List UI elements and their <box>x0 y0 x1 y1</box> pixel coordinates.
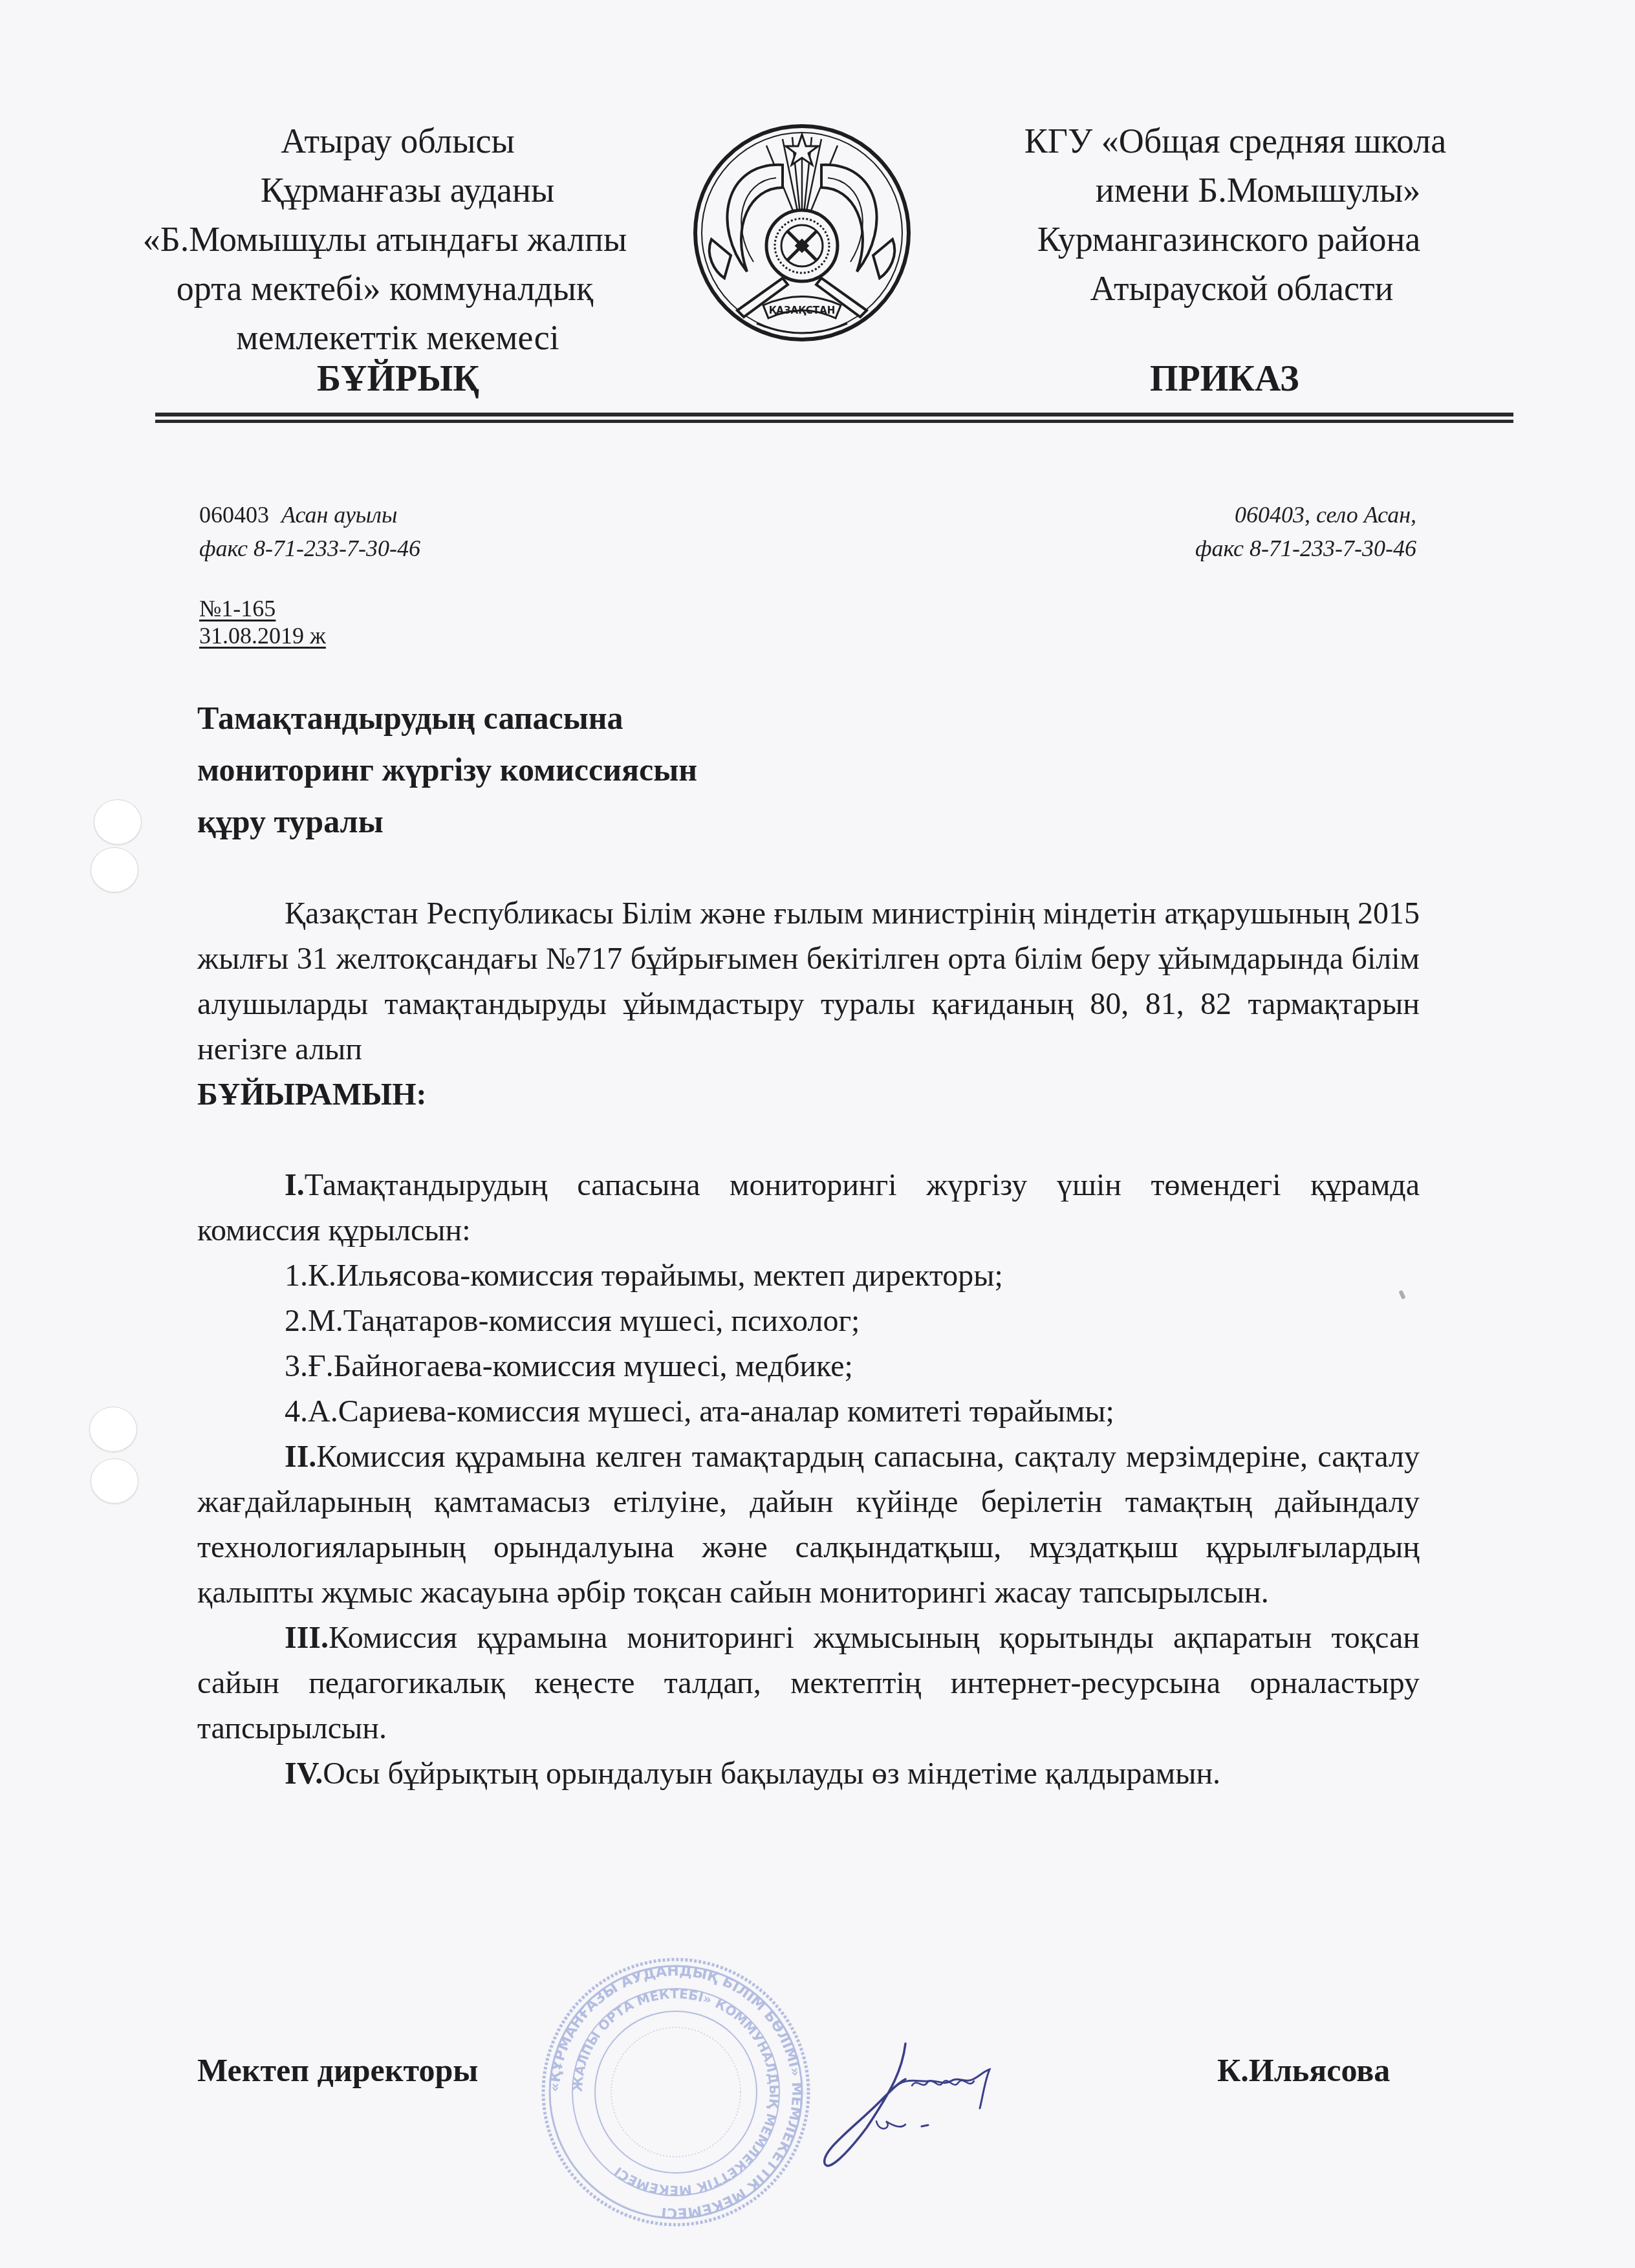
postcode: 060403 <box>199 502 269 528</box>
address-russian: 060403, село Асан, факс 8-71-233-7-30-46 <box>1158 498 1416 565</box>
svg-text:ҚАЗАҚСТАН: ҚАЗАҚСТАН <box>769 305 836 316</box>
order-label-kazakh: БҰЙРЫҚ <box>317 360 479 398</box>
document-number: №1-165 <box>199 595 326 622</box>
section-numeral: III. <box>285 1621 329 1655</box>
fax-number: факс 8-71-233-7-30-46 <box>199 532 420 565</box>
state-emblem-icon: ҚАЗАҚСТАН <box>686 116 918 349</box>
signatory-role: Мектеп директоры <box>197 2051 478 2089</box>
header-ru-line: Атырауской области <box>970 264 1488 313</box>
section-numeral: II. <box>285 1440 316 1474</box>
village: Асан ауылы <box>281 502 397 528</box>
document-title: Тамақтандырудың сапасына мониторинг жүрг… <box>197 692 697 847</box>
member-item: 3.Ғ.Байногаева-комиссия мүшесі, медбике; <box>197 1344 1420 1389</box>
title-line: мониторинг жүргізу комиссиясын <box>197 744 697 795</box>
preamble: Қазақстан Республикасы Білім және ғылым … <box>197 891 1420 1118</box>
punch-hole <box>91 1458 138 1504</box>
member-item: 4.А.Сариева-комиссия мүшесі, ата-аналар … <box>197 1389 1420 1434</box>
svg-text:ЖАЛПЫ ОРТА МЕКТЕБІ» КОММУНАЛДЫ: ЖАЛПЫ ОРТА МЕКТЕБІ» КОММУНАЛДЫҚ МЕМЛЕКЕТ… <box>570 1986 783 2198</box>
section-numeral: I. <box>285 1168 305 1202</box>
signatory-name: К.Ильясова <box>1217 2051 1390 2089</box>
header-divider <box>155 413 1513 416</box>
header-kz-line: мемлекеттік мекемесі <box>110 313 660 362</box>
section-4: IV.Осы бұйрықтың орындалуын бақылауды өз… <box>197 1751 1420 1797</box>
svg-text:«ҚҰРМАНҒАЗЫ АУДАНДЫҚ БІЛІМ БӨЛ: «ҚҰРМАНҒАЗЫ АУДАНДЫҚ БІЛІМ БӨЛІМІ» МЕМЛЕ… <box>547 1963 805 2221</box>
punch-hole <box>94 799 142 845</box>
command-word: БҰЙЫРАМЫН: <box>197 1072 1420 1118</box>
member-item: 1.К.Ильясова-комиссия төрайымы, мектеп д… <box>197 1253 1420 1299</box>
header-kz-line: Құрманғазы ауданы <box>110 166 660 215</box>
title-line: Тамақтандырудың сапасына <box>197 692 697 744</box>
title-line: құру туралы <box>197 795 697 847</box>
fax-number: факс 8-71-233-7-30-46 <box>1158 532 1416 565</box>
header-kz-line: «Б.Момышұлы атындағы жалпы <box>110 215 660 264</box>
header-kazakh-block: Атырау облысы Құрманғазы ауданы «Б.Момыш… <box>110 116 660 362</box>
signature-icon <box>815 2031 1009 2179</box>
header-kz-line: Атырау облысы <box>110 116 660 166</box>
section-1: I.Тамақтандырудың сапасына мониторингі ж… <box>197 1163 1420 1253</box>
header-ru-line: Курмангазинского района <box>970 215 1488 264</box>
section-3: III.Комиссия құрамына мониторингі жұмысы… <box>197 1615 1420 1751</box>
section-numeral: IV. <box>285 1756 323 1791</box>
address-kazakh: 060403 Асан ауылы факс 8-71-233-7-30-46 <box>199 498 420 565</box>
header-kz-line: орта мектебі» коммуналдық <box>110 264 660 313</box>
order-label-russian: ПРИКАЗ <box>1150 360 1299 398</box>
header-ru-line: имени Б.Момышулы» <box>970 166 1488 215</box>
header-russian-block: КГУ «Общая средняя школа имени Б.Момышул… <box>970 116 1488 313</box>
postcode-village: 060403, село Асан, <box>1158 498 1416 532</box>
document-body: Қазақстан Республикасы Білім және ғылым … <box>197 891 1420 1797</box>
section-2: II.Комиссия құрамына келген тамақтардың … <box>197 1434 1420 1615</box>
header-divider <box>155 420 1513 423</box>
punch-hole <box>89 1407 137 1452</box>
header-ru-line: КГУ «Общая средняя школа <box>970 116 1488 166</box>
punch-hole <box>91 847 138 892</box>
official-stamp-icon: «ҚҰРМАНҒАЗЫ АУДАНДЫҚ БІЛІМ БӨЛІМІ» МЕМЛЕ… <box>537 1953 815 2231</box>
document-date: 31.08.2019 ж <box>199 622 326 649</box>
member-item: 2.М.Таңатаров-комиссия мүшесі, психолог; <box>197 1299 1420 1344</box>
document-number-date: №1-165 31.08.2019 ж <box>199 595 326 649</box>
